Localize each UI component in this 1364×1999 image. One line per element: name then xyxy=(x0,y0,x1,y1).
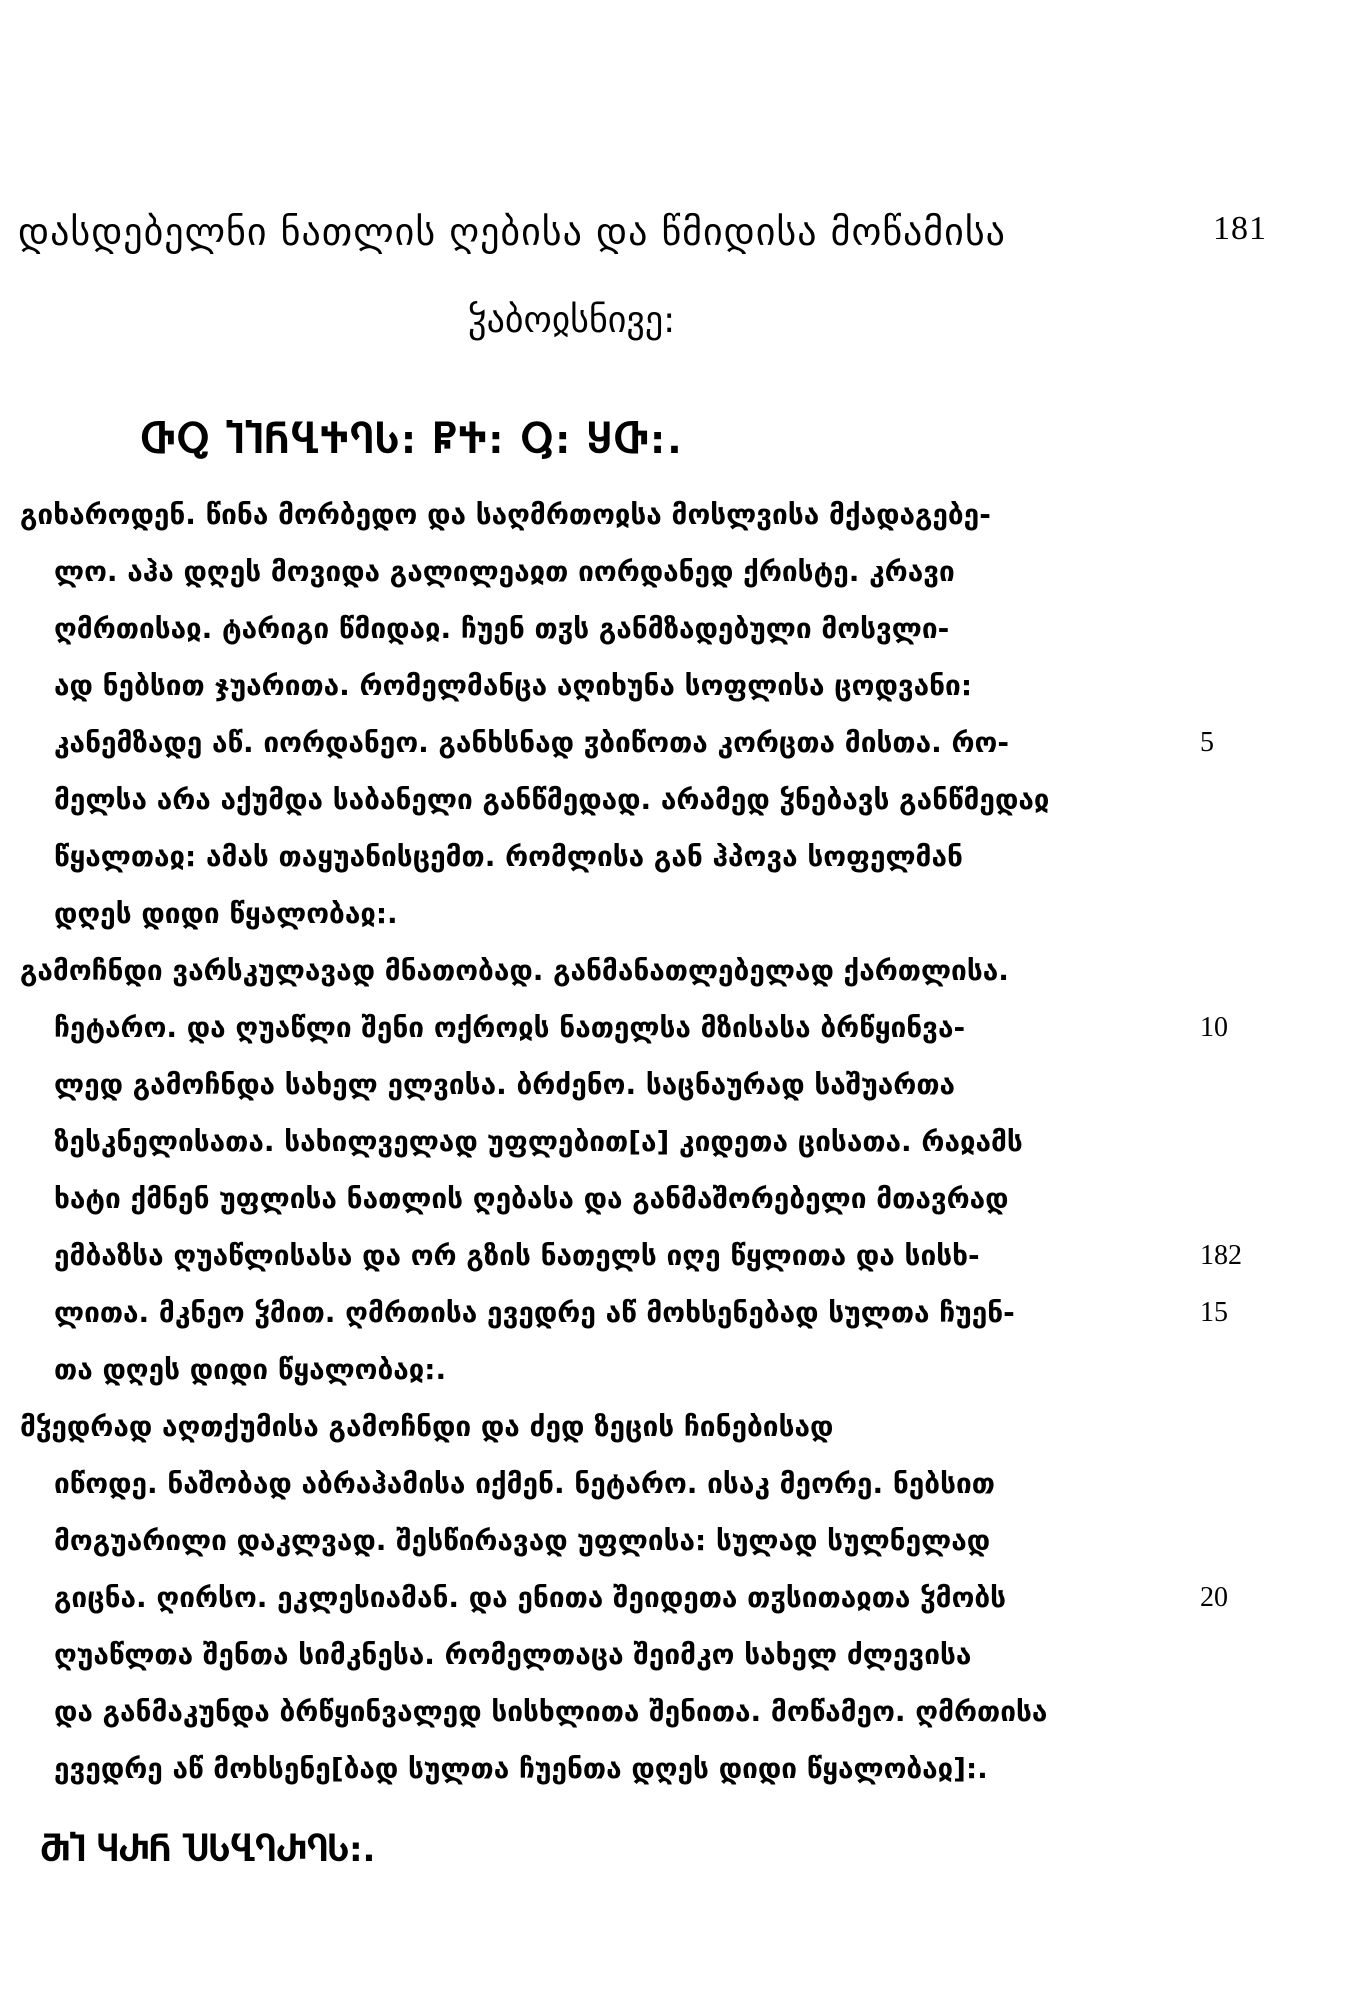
text-line: მოგუარილი დაკლვად. შესწირავად უფლისა: სუ… xyxy=(20,1512,1200,1569)
text-line: ღუაწლთა შენთა სიმკნესა. რომელთაცა შეიმკო… xyxy=(20,1626,1200,1683)
text-line: ღმრთისაჲ. ტარიგი წმიდაჲ. ჩუენ თჳს განმზა… xyxy=(20,600,1200,657)
text-line: იწოდე. ნაშობად აბრაჰამისა იქმენ. ნეტარო.… xyxy=(20,1455,1200,1512)
closing-rubric: ႫႨ ႷႰႬ ႮႱႡႤႰႤႱ:. xyxy=(40,1830,375,1870)
page-title: დასდებელნი ნათლის ღებისა და წმიდისა მოწა… xyxy=(18,210,1268,254)
text-line: ლო. აჰა დღეს მოვიდა გალილეაჲთ იორდანედ ქ… xyxy=(20,543,1200,600)
text-line: ლედ გამოჩნდა სახელ ელვისა. ბრძენო. საცნა… xyxy=(20,1056,1200,1113)
page-number: 181 xyxy=(1213,210,1267,248)
text-line: კანემზადე აწ. იორდანეო. განხსნად ჳბიწოთა… xyxy=(20,714,1200,771)
text-line: და განმაკუნდა ბრწყინვალედ სისხლითა შენით… xyxy=(20,1683,1200,1740)
text-line: ემბაზსა ღუაწლისასა და ორ გზის ნათელს იღე… xyxy=(20,1227,1200,1284)
text-line: ევედრე აწ მოხსენე[ბად სულთა ჩუენთა დღეს … xyxy=(20,1740,1200,1797)
text-line: მჴედრად აღთქუმისა გამოჩნდი და ძედ ზეცის … xyxy=(20,1398,1200,1455)
text-line: ჩეტარო. და ღუაწლი შენი ოქროჲს ნათელსა მზ… xyxy=(20,999,1200,1056)
text-line: გიხაროდენ. წინა მორბედო და საღმრთოჲსა მო… xyxy=(20,486,1200,543)
line-number: 5 xyxy=(1200,714,1214,771)
line-number: 15 xyxy=(1200,1284,1228,1341)
text-line: ხატი ქმნენ უფლისა ნათლის ღებასა და განმა… xyxy=(20,1170,1200,1227)
text-line: მელსა არა აქუმდა საბანელი განწმედად. არა… xyxy=(20,771,1200,828)
text-line: გამოჩნდი ვარსკულავად მნათობად. განმანათლ… xyxy=(20,942,1200,999)
title-text: დასდებელნი ნათლის ღებისა და წმიდისა მოწა… xyxy=(18,210,1006,254)
page-title-continuation: ჴაბოჲსნივე: xyxy=(468,300,675,341)
text-line: ად ნებსით ჯუარითა. რომელმანცა აღიხუნა სო… xyxy=(20,657,1200,714)
text-line: ლითა. მკნეო ჴმით. ღმრთისა ევედრე აწ მოხს… xyxy=(20,1284,1200,1341)
section-heading: ႧႭ ႨႨႬႡႵႤႱ: ႼႵ: Ⴓ: ႸႧ:. xyxy=(140,418,684,462)
text-line: ზესკნელისათა. სახილველად უფლებით[ა] კიდე… xyxy=(20,1113,1200,1170)
text-line: წყალთაჲ: ამას თაყუანისცემთ. რომლისა გან … xyxy=(20,828,1200,885)
line-number: 10 xyxy=(1200,999,1228,1056)
line-number: 20 xyxy=(1200,1569,1228,1626)
folio-number: 182 xyxy=(1200,1227,1242,1284)
text-line: დღეს დიდი წყალობაჲ:. xyxy=(20,885,1200,942)
text-line: თა დღეს დიდი წყალობაჲ:. xyxy=(20,1341,1200,1398)
text-line: გიცნა. ღირსო. ეკლესიამან. და ენითა შეიდე… xyxy=(20,1569,1200,1626)
hymn-text: გიხაროდენ. წინა მორბედო და საღმრთოჲსა მო… xyxy=(20,486,1200,1797)
scanned-page: დასდებელნი ნათლის ღებისა და წმიდისა მოწა… xyxy=(0,0,1364,1999)
